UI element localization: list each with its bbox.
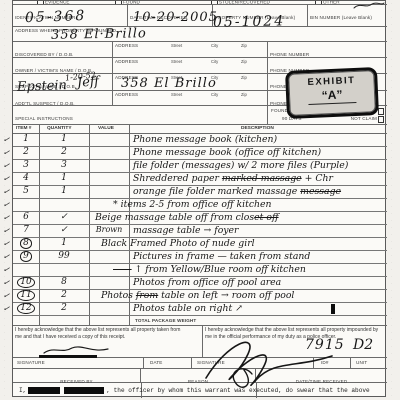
item-number-circled: 10 bbox=[17, 277, 35, 288]
street-sublabel: Street bbox=[171, 59, 182, 64]
item-quantity: 99 bbox=[39, 251, 89, 261]
suspect-address-value: 358 El Brillo bbox=[121, 76, 217, 91]
item-row: 4 1 Shreddered paper marked massage + Ch… bbox=[13, 173, 387, 186]
item-struck-row: —— ↑ from Yellow/Blue room off kitchen bbox=[13, 264, 387, 277]
officer-unit-value: D2 bbox=[353, 337, 373, 353]
margin-checkmark: ✓ bbox=[2, 251, 10, 261]
bin-number-cell: BIN NUMBER (Leave Blank) bbox=[308, 5, 387, 26]
total-package-weight-label: TOTAL PACKAGE WEIGHT bbox=[135, 318, 196, 323]
item-quantity: 2 bbox=[39, 290, 89, 300]
item-value: Brown bbox=[89, 225, 129, 234]
margin-checkmark: ✓ bbox=[2, 290, 10, 300]
property-number-value: 05-1024 bbox=[213, 13, 285, 30]
phone-label: PHONE NUMBER bbox=[270, 52, 309, 57]
discovered-address-cell: ADDRESS Street City Zip bbox=[113, 42, 268, 57]
redaction-mark bbox=[331, 304, 335, 314]
item-row: 12 2 Photos table on right ↗ bbox=[13, 303, 387, 316]
item-number: 1 bbox=[13, 134, 39, 144]
discovered-by-row: DISCOVERED BY / D.O.B. ADDRESS Street Ci… bbox=[13, 42, 387, 58]
date-label: DATE bbox=[150, 360, 163, 365]
margin-checkmark: ✓ bbox=[2, 160, 10, 170]
item-row: 9 99 Pictures in frame — taken from stan… bbox=[13, 251, 387, 264]
item-number: 2 bbox=[13, 147, 39, 157]
item-quantity: ✓ bbox=[39, 212, 89, 222]
address-sublabel: ADDRESS bbox=[115, 92, 138, 97]
reason-cell: REASON bbox=[141, 369, 256, 382]
item-number: 5 bbox=[13, 186, 39, 196]
item-row: 10 8 Photos from office off pool area bbox=[13, 277, 387, 290]
item-row: 5 1 orange file folder marked massage me… bbox=[13, 186, 387, 199]
item-quantity: 1 bbox=[39, 186, 89, 196]
item-number-circled: 8 bbox=[20, 238, 33, 249]
item-quantity: 3 bbox=[39, 160, 89, 170]
item-quantity: 2 bbox=[39, 303, 89, 313]
margin-checkmark: ✓ bbox=[2, 238, 10, 248]
item-number-circled: 12 bbox=[17, 303, 35, 314]
zip-sublabel: Zip bbox=[241, 59, 247, 64]
signature-label-right: SIGNATURE bbox=[197, 360, 225, 365]
value-header: VALUE bbox=[98, 126, 114, 131]
suspect-first-name-value: Jeff bbox=[77, 74, 100, 91]
signature-label-left: SIGNATURE bbox=[17, 360, 45, 365]
margin-checkmark: ✓ bbox=[2, 134, 10, 144]
margin-checkmark: ✓ bbox=[2, 277, 10, 287]
item-row: 7 ✓ Brown massage table → foyer bbox=[13, 225, 387, 238]
street-sublabel: Street bbox=[171, 43, 182, 48]
item-number: 6 bbox=[13, 212, 39, 222]
item-quantity: 8 bbox=[39, 277, 89, 287]
item-row: 11 2 Photos from table on left → room of… bbox=[13, 290, 387, 303]
street-sublabel: Street bbox=[171, 92, 182, 97]
owner-victim-cell: OWNER / VICTIM'S NAME / D.O.B. bbox=[13, 58, 113, 73]
item-quantity: 1 bbox=[39, 238, 89, 248]
discovered-by-cell: DISCOVERED BY / D.O.B. bbox=[13, 42, 113, 57]
item-number-circled: 9 bbox=[20, 251, 33, 262]
item-number: 3 bbox=[13, 160, 39, 170]
address-sublabel: ADDRESS bbox=[115, 43, 138, 48]
total-package-weight-row: TOTAL PACKAGE WEIGHT bbox=[13, 316, 387, 326]
discovered-phone-cell: PHONE NUMBER bbox=[268, 42, 387, 57]
zip-sublabel: Zip bbox=[241, 92, 247, 97]
claim-checkbox-icon bbox=[378, 108, 385, 115]
discovered-by-label: DISCOVERED BY / D.O.B. bbox=[15, 52, 74, 57]
quantity-header: QUANTITY bbox=[47, 126, 72, 131]
item-row: 1 1 Phone message book (kitchen) bbox=[13, 134, 387, 147]
date-recovered-value: 10-20-2005 bbox=[133, 10, 218, 25]
scanned-property-receipt-form: ✓ ✓ ✓ ✓ ✓ ✓ ✓ ✓ ✓ ✓ ✓ ✓ ✓ ✓ EVIDENCE FOU… bbox=[0, 0, 400, 400]
zip-sublabel: Zip bbox=[241, 75, 247, 80]
special-instructions-label: SPECIAL INSTRUCTIONS bbox=[15, 116, 73, 121]
item-number-header: ITEM # bbox=[16, 126, 31, 131]
item-row: 2 2 Phone message book (office off kitch… bbox=[13, 147, 387, 160]
redaction-box bbox=[28, 387, 60, 394]
item-quantity: ✓ bbox=[39, 225, 89, 235]
item-row: 8 1 Black Framed Photo of nude girl bbox=[13, 238, 387, 251]
margin-checkmark: ✓ bbox=[2, 303, 10, 313]
signature-row: SIGNATURE DATE SIGNATURE ID# UNIT bbox=[13, 358, 387, 369]
description-header: DESCRIPTION bbox=[241, 126, 274, 131]
margin-checkmark: ✓ bbox=[2, 199, 10, 209]
margin-checkmark: ✓ bbox=[2, 225, 10, 235]
address-impounded-value: 358 El·Brillo bbox=[51, 26, 147, 43]
zip-sublabel: Zip bbox=[241, 43, 247, 48]
city-sublabel: City bbox=[211, 43, 218, 48]
officer-id-value: 7915 bbox=[305, 337, 345, 353]
margin-checkmark: ✓ bbox=[2, 147, 10, 157]
item-quantity: 2 bbox=[39, 147, 89, 157]
city-sublabel: City bbox=[211, 92, 218, 97]
margin-checkmark: ✓ bbox=[2, 264, 10, 274]
special-instructions-cell: SPECIAL INSTRUCTIONS bbox=[13, 106, 268, 124]
item-quantity: 1 bbox=[39, 134, 89, 144]
exhibit-a-stamp: EXHIBIT “A” bbox=[285, 67, 379, 119]
not-claim-checkbox-icon bbox=[378, 116, 385, 123]
ack-left-cell: I hereby acknowledge that the above list… bbox=[13, 326, 203, 357]
property-receipt-form: EVIDENCE FOUND STOLEN/RECOVERED OTHER ID… bbox=[12, 0, 386, 397]
received-by-row: RECEIVED BY REASON DATE/TIME RECEIVED bbox=[13, 369, 387, 383]
typed-warrant-row: I,, the officer by whom this warrant was… bbox=[13, 383, 387, 398]
city-sublabel: City bbox=[211, 59, 218, 64]
bin-number-label: BIN NUMBER (Leave Blank) bbox=[310, 15, 372, 20]
margin-checkmark: ✓ bbox=[2, 186, 10, 196]
id-label: ID# bbox=[321, 360, 329, 365]
identification-number-value: 05-368 bbox=[25, 8, 87, 26]
item-note-row: * items 2-5 from office off kitchen bbox=[13, 199, 387, 212]
items-header-row: ITEM # QUANTITY VALUE DESCRIPTION bbox=[13, 125, 387, 134]
item-quantity: 1 bbox=[39, 173, 89, 183]
typed-warrant-text: I,, the officer by whom this warrant was… bbox=[19, 387, 370, 394]
item-row: 3 3 file folder (messages) w/ 2 more fil… bbox=[13, 160, 387, 173]
owner-address-cell: ADDRESS Street City Zip bbox=[113, 58, 268, 73]
suspect-last-name-value: Epstein bbox=[17, 78, 67, 95]
item-number: 4 bbox=[13, 173, 39, 183]
additional-address-cell: ADDRESS Street City Zip bbox=[113, 91, 268, 105]
signature-stroke bbox=[39, 355, 97, 358]
margin-checkmark: ✓ bbox=[2, 173, 10, 183]
ack-left-text: I hereby acknowledge that the above list… bbox=[15, 327, 185, 341]
received-by-cell: RECEIVED BY bbox=[13, 369, 141, 382]
datetime-received-cell: DATE/TIME RECEIVED bbox=[256, 369, 387, 382]
unit-label: UNIT bbox=[356, 360, 367, 365]
address-sublabel: ADDRESS bbox=[115, 59, 138, 64]
not-claim-label: NOT CLAIM bbox=[351, 116, 377, 121]
item-number-circled: 11 bbox=[17, 290, 35, 301]
exhibit-stamp-letter: “A” bbox=[289, 86, 376, 104]
redaction-box bbox=[64, 387, 104, 394]
item-number: 7 bbox=[13, 225, 39, 235]
margin-checkmark: ✓ bbox=[2, 212, 10, 222]
item-row: 6 ✓ Beige massage table off from closet … bbox=[13, 212, 387, 225]
